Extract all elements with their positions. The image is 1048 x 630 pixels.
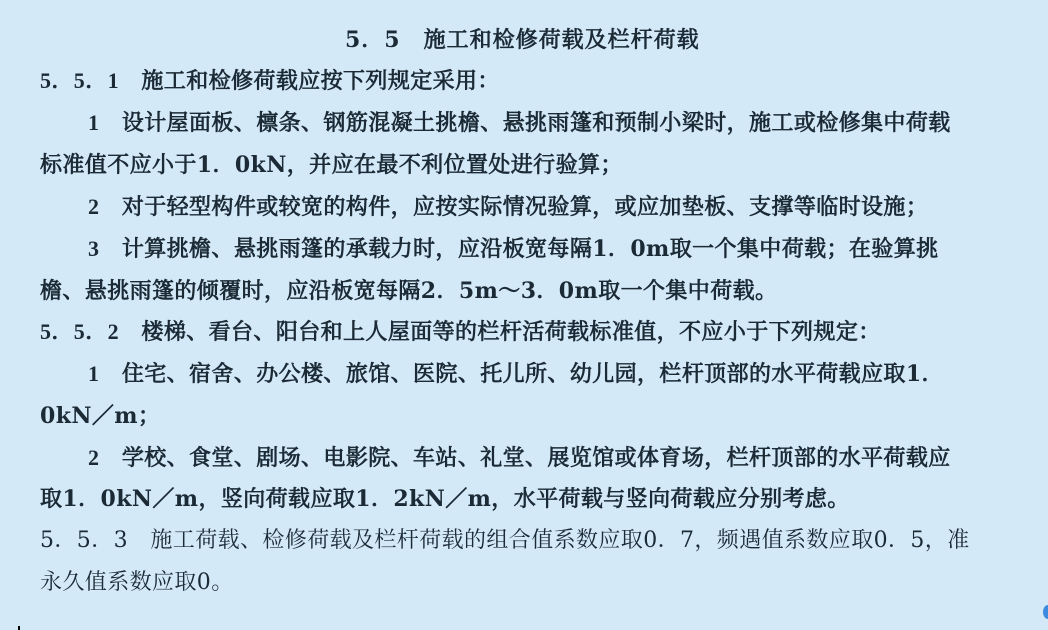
item-text: 计算挑檐、悬挑雨篷的承载力时，应沿板宽每隔1．0m取一个集中荷载；在验算挑 xyxy=(122,236,939,262)
clause-5-5-2-item-2-line-1: 2 学校、食堂、剧场、电影院、车站、礼堂、展览馆或体育场，栏杆顶部的水平荷载应 xyxy=(88,443,951,473)
item-text: 设计屋面板、檩条、钢筋混凝土挑檐、悬挑雨篷和预制小梁时，施工或检修集中荷载 xyxy=(122,110,951,136)
item-number: 1 xyxy=(88,361,99,386)
clause-number: 5．5．3 xyxy=(40,528,128,553)
clause-5-5-1-heading: 5．5．1 施工和检修荷载应按下列规定采用： xyxy=(40,66,500,96)
clause-heading-text: 施工和检修荷载应按下列规定采用： xyxy=(141,68,499,94)
clause-5-5-2-item-1-line-2: 0kN／m； xyxy=(40,401,160,431)
floating-widget-icon[interactable] xyxy=(1043,605,1048,619)
clause-5-5-3-line-2: 永久值系数应取0。 xyxy=(40,568,234,598)
clause-text: 施工荷载、检修荷载及栏杆荷载的组合值系数应取0．7，频遇值系数应取0．5，准 xyxy=(150,528,969,553)
item-number: 3 xyxy=(88,236,99,261)
clause-number: 5．5．2 xyxy=(40,319,119,344)
item-text: 对于轻型构件或较宽的构件，应按实际情况验算，或应加垫板、支撑等临时设施； xyxy=(122,194,928,220)
clause-5-5-3-line-1: 5．5．3 施工荷载、检修荷载及栏杆荷载的组合值系数应取0．7，频遇值系数应取0… xyxy=(40,526,970,556)
clause-5-5-1-item-2-line-1: 2 对于轻型构件或较宽的构件，应按实际情况验算，或应加垫板、支撑等临时设施； xyxy=(88,192,928,222)
item-number: 1 xyxy=(88,110,99,135)
clause-5-5-2-item-2-line-2: 取1．0kN／m，竖向荷载应取1．2kN／m，水平荷载与竖向荷载应分别考虑。 xyxy=(40,484,850,514)
item-number: 2 xyxy=(88,445,99,470)
item-text: 学校、食堂、剧场、电影院、车站、礼堂、展览馆或体育场，栏杆顶部的水平荷载应 xyxy=(122,445,951,471)
clause-5-5-1-item-3-line-1: 3 计算挑檐、悬挑雨篷的承载力时，应沿板宽每隔1．0m取一个集中荷载；在验算挑 xyxy=(88,234,939,264)
clause-number: 5．5．1 xyxy=(40,68,119,93)
item-number: 2 xyxy=(88,194,99,219)
item-text: 住宅、宿舍、办公楼、旅馆、医院、托儿所、幼儿园，栏杆顶部的水平荷载应取1． xyxy=(122,361,944,387)
clause-5-5-2-heading: 5．5．2 楼梯、看台、阳台和上人屋面等的栏杆活荷载标准值，不应小于下列规定： xyxy=(40,317,881,347)
clause-heading-text: 楼梯、看台、阳台和上人屋面等的栏杆活荷载标准值，不应小于下列规定： xyxy=(141,319,880,345)
section-title: 5．5 施工和检修荷载及栏杆荷载 xyxy=(345,25,700,55)
text-cursor-icon xyxy=(18,626,20,630)
clause-5-5-1-item-3-line-2: 檐、悬挑雨篷的倾覆时，应沿板宽每隔2．5m～3．0m取一个集中荷载。 xyxy=(40,276,777,306)
clause-5-5-1-item-1-line-2: 标准值不应小于1．0kN，并应在最不利位置处进行验算； xyxy=(40,150,623,180)
clause-5-5-1-item-1-line-1: 1 设计屋面板、檩条、钢筋混凝土挑檐、悬挑雨篷和预制小梁时，施工或检修集中荷载 xyxy=(88,108,951,138)
clause-5-5-2-item-1-line-1: 1 住宅、宿舍、办公楼、旅馆、医院、托儿所、幼儿园，栏杆顶部的水平荷载应取1． xyxy=(88,359,944,389)
